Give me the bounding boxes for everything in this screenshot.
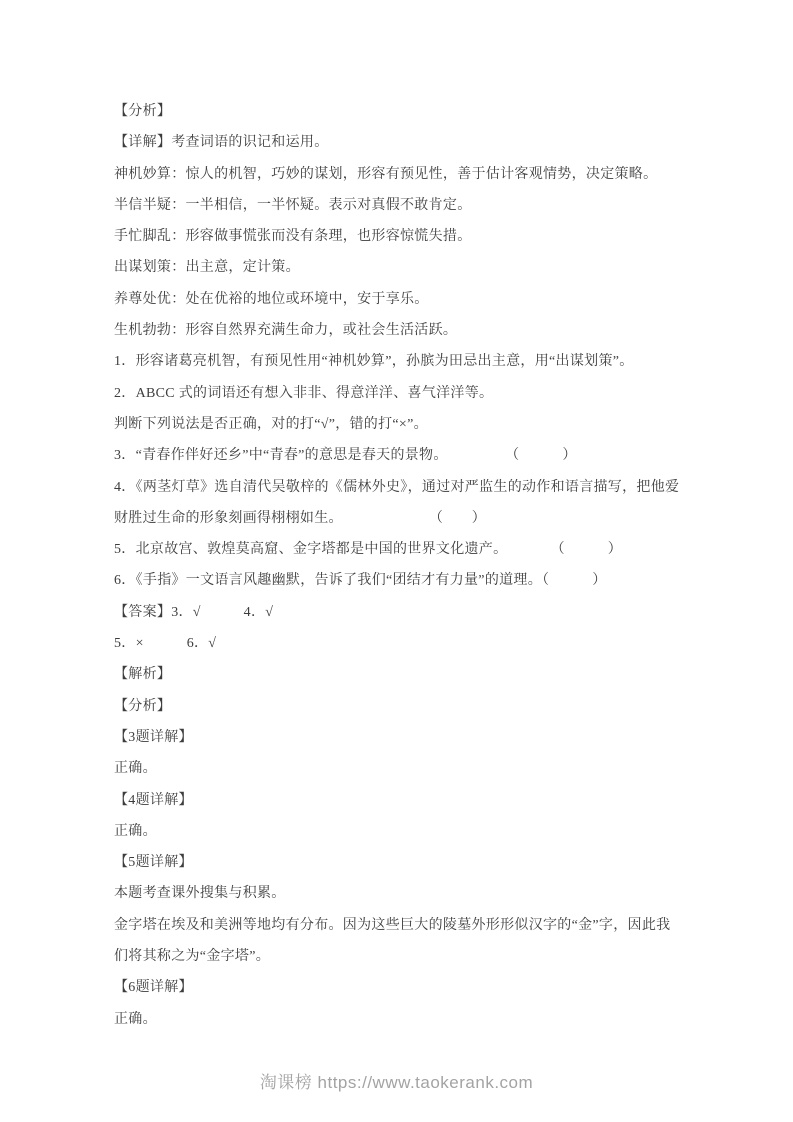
- footer-watermark: 淘课榜 https://www.taokerank.com: [0, 1068, 793, 1093]
- answer-line-2: 5．× 6．√: [114, 628, 733, 659]
- question-5: 5．北京故宫、敦煌莫高窟、金字塔都是中国的世界文化遗产。 （ ）: [114, 534, 733, 565]
- definition-chumouhuace: 出谋划策：出主意，定计策。: [114, 252, 733, 283]
- question-4-line-2: 财胜过生命的形象刻画得栩栩如生。 （ ）: [114, 503, 733, 534]
- detail-heading-q4: 【4题详解】: [114, 785, 733, 816]
- detail-answer-q5-line-2: 金字塔在埃及和美洲等地均有分布。因为这些巨大的陵墓外形形似汉字的“金”字，因此我: [114, 910, 733, 941]
- detail-heading-line: 【详解】考查词语的识记和运用。: [114, 127, 733, 158]
- detail-heading-q5: 【5题详解】: [114, 847, 733, 878]
- question-4-line-1: 4．《两茎灯草》选自清代吴敬梓的《儒林外史》，通过对严监生的动作和语言描写，把他…: [114, 472, 733, 503]
- detail-answer-q4: 正确。: [114, 816, 733, 847]
- definition-banxinbanyi: 半信半疑：一半相信，一半怀疑。表示对真假不敢肯定。: [114, 190, 733, 221]
- detail-answer-q3: 正确。: [114, 753, 733, 784]
- analysis-heading: 【分析】: [114, 96, 733, 127]
- explanation-item-2: 2．ABCC 式的词语还有想入非非、得意洋洋、喜气洋洋等。: [114, 378, 733, 409]
- question-3: 3．“青春作伴好还乡”中“青春”的意思是春天的景物。 （ ）: [114, 440, 733, 471]
- definition-shenjimiaosuan: 神机妙算：惊人的机智，巧妙的谋划，形容有预见性，善于估计客观情势，决定策略。: [114, 159, 733, 190]
- jiexi-heading: 【解析】: [114, 659, 733, 690]
- detail-answer-q5-line-1: 本题考查课外搜集与积累。: [114, 878, 733, 909]
- judge-instruction: 判断下列说法是否正确，对的打“√”，错的打“×”。: [114, 409, 733, 440]
- question-6: 6．《手指》一文语言风趣幽默，告诉了我们“团结才有力量”的道理。（ ）: [114, 565, 733, 596]
- detail-answer-q6: 正确。: [114, 1004, 733, 1035]
- definition-shengjibobo: 生机勃勃：形容自然界充满生命力，或社会生活活跃。: [114, 315, 733, 346]
- analysis-heading-2: 【分析】: [114, 691, 733, 722]
- explanation-item-1: 1．形容诸葛亮机智，有预见性用“神机妙算”，孙膑为田忌出主意，用“出谋划策”。: [114, 346, 733, 377]
- definition-yangzunchuyou: 养尊处优：处在优裕的地位或环境中，安于享乐。: [114, 284, 733, 315]
- definition-shoumangjiaoluan: 手忙脚乱：形容做事慌张而没有条理，也形容惊慌失措。: [114, 221, 733, 252]
- detail-answer-q5-line-3: 们将其称之为“金字塔”。: [114, 941, 733, 972]
- detail-heading-q6: 【6题详解】: [114, 972, 733, 1003]
- detail-heading-q3: 【3题详解】: [114, 722, 733, 753]
- answer-line-1: 【答案】3．√ 4．√: [114, 597, 733, 628]
- document-body: 【分析】 【详解】考查词语的识记和运用。 神机妙算：惊人的机智，巧妙的谋划，形容…: [0, 0, 793, 1035]
